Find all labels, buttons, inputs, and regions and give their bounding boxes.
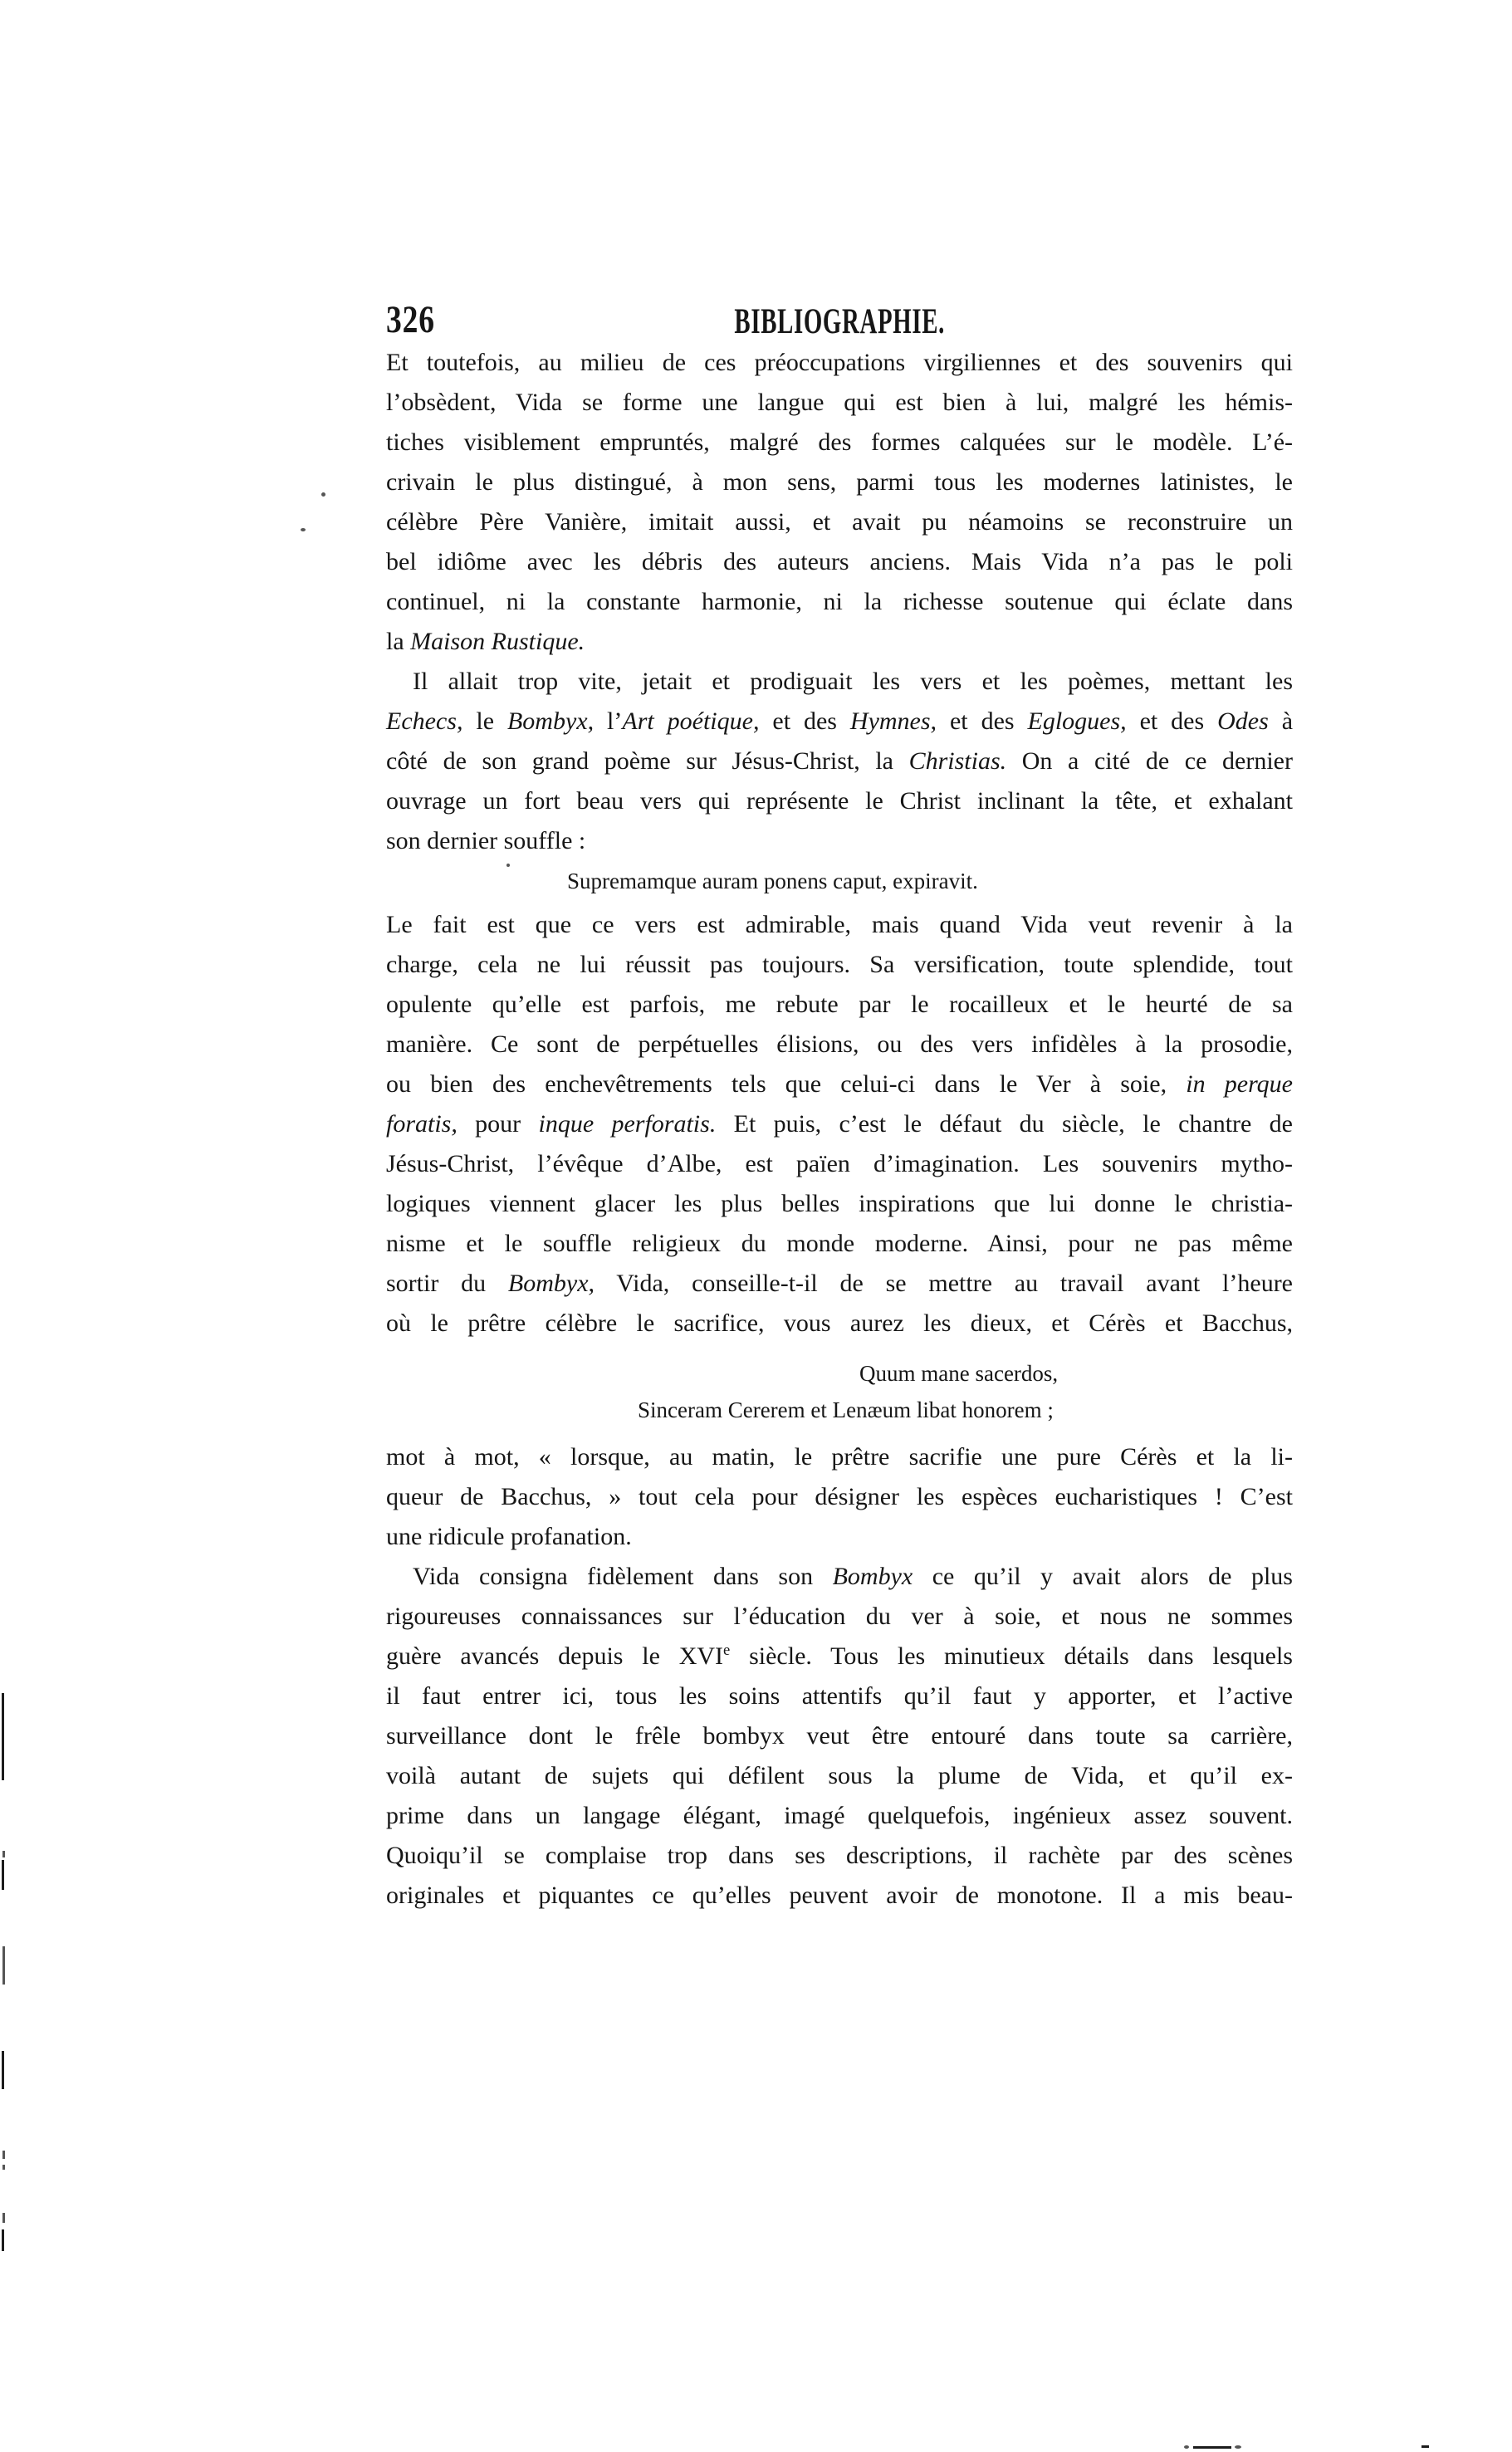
verse-quote: Quum mane sacerdos,Sinceram Cererem et L… [386, 1355, 1293, 1428]
scan-artifact-bottom-line [1193, 2446, 1231, 2449]
text-line: célèbre Père Vanière, imitait aussi, et … [386, 502, 1293, 542]
scan-artifact-edge-mark [2, 2213, 5, 2223]
text-line: où le prêtre célèbre le sacrifice, vous … [386, 1304, 1293, 1343]
text-line: Vida consigna fidèlement dans son Bombyx… [386, 1557, 1293, 1597]
scan-artifact-edge-mark [2, 2151, 5, 2159]
text-line: l’obsèdent, Vida se forme une langue qui… [386, 383, 1293, 423]
verse-line: Sinceram Cererem et Lenæum libat honorem… [638, 1392, 1293, 1428]
text-line: Le fait est que ce vers est admirable, m… [386, 905, 1293, 945]
text-line: manière. Ce sont de perpétuelles élision… [386, 1025, 1293, 1064]
scan-artifact-edge-mark [2, 2165, 5, 2170]
text-line: guère avancés depuis le XVIe siècle. Tou… [386, 1637, 1293, 1676]
scan-artifact-edge-mark [2, 1860, 4, 1890]
scan-artifact-edge-mark [2, 1851, 5, 1857]
text-line: sortir du Bombyx, Vida, conseille-t-il d… [386, 1264, 1293, 1304]
text-line: bel idiôme avec les débris des auteurs a… [386, 542, 1293, 582]
text-line: Jésus-Christ, l’évêque d’Albe, est païen… [386, 1144, 1293, 1184]
verse-line: Quum mane sacerdos, [859, 1355, 1293, 1392]
text-line: originales et piquantes ce qu’elles peuv… [386, 1876, 1293, 1916]
scan-artifact-edge-mark [2, 2051, 4, 2089]
text-line: voilà autant de sujets qui défilent sous… [386, 1756, 1293, 1796]
scan-artifact-speck [506, 864, 510, 867]
text-line: foratis, pour inque perforatis. Et puis,… [386, 1104, 1293, 1144]
paragraph: mot à mot, « lorsque, au matin, le prêtr… [386, 1437, 1293, 1557]
text-column: Et toutefois, au milieu de ces préoccupa… [386, 343, 1293, 1916]
running-head: 326 BIBLIOGRAPHIE. [386, 301, 1293, 344]
paragraph: Vida consigna fidèlement dans son Bombyx… [386, 1557, 1293, 1916]
running-title: BIBLIOGRAPHIE. [734, 304, 945, 340]
paragraph: Le fait est que ce vers est admirable, m… [386, 905, 1293, 1343]
paragraph: Et toutefois, au milieu de ces préoccupa… [386, 343, 1293, 662]
scan-artifact-speck [1235, 2445, 1241, 2449]
text-line: Echecs, le Bombyx, l’Art poétique, et de… [386, 702, 1293, 741]
text-line: la Maison Rustique. [386, 622, 1293, 662]
text-line: prime dans un langage élégant, imagé que… [386, 1796, 1293, 1836]
text-line: ou bien des enchevêtrements tels que cel… [386, 1064, 1293, 1104]
text-line: tiches visiblement empruntés, malgré des… [386, 423, 1293, 463]
text-line: son dernier souffle : [386, 821, 1293, 861]
text-line: rigoureuses connaissances sur l’éducatio… [386, 1597, 1293, 1637]
text-line: charge, cela ne lui réussit pas toujours… [386, 945, 1293, 985]
scan-artifact-speck [301, 528, 306, 531]
text-line: Quoiqu’il se complaise trop dans ses des… [386, 1836, 1293, 1876]
text-line: mot à mot, « lorsque, au matin, le prêtr… [386, 1437, 1293, 1477]
text-line: continuel, ni la constante harmonie, ni … [386, 582, 1293, 622]
verse-line: Supremamque auram ponens caput, expiravi… [567, 861, 1293, 901]
text-line: nisme et le souffle religieux du monde m… [386, 1224, 1293, 1264]
text-line: opulente qu’elle est parfois, me rebute … [386, 985, 1293, 1025]
scan-artifact-dash [1421, 2445, 1429, 2448]
text-line: queur de Bacchus, » tout cela pour désig… [386, 1477, 1293, 1517]
verse-quote: Supremamque auram ponens caput, expiravi… [386, 861, 1293, 901]
text-line: Il allait trop vite, jetait et prodiguai… [386, 662, 1293, 702]
text-line: crivain le plus distingué, à mon sens, p… [386, 463, 1293, 502]
scan-artifact-speck [321, 492, 325, 497]
text-line: ouvrage un fort beau vers qui représente… [386, 781, 1293, 821]
scan-artifact-edge-mark [2, 2229, 4, 2251]
text-line: logiques viennent glacer les plus belles… [386, 1184, 1293, 1224]
book-page-scan: 326 BIBLIOGRAPHIE. Et toutefois, au mili… [0, 0, 1512, 2452]
text-line: il faut entrer ici, tous les soins atten… [386, 1676, 1293, 1716]
paragraph: Il allait trop vite, jetait et prodiguai… [386, 662, 1293, 861]
running-title-wrap: BIBLIOGRAPHIE. [386, 304, 1293, 340]
scan-artifact-speck [1184, 2445, 1189, 2449]
text-line: surveillance dont le frêle bombyx veut ê… [386, 1716, 1293, 1756]
scan-artifact-edge-mark [2, 1946, 5, 1985]
text-line: Et toutefois, au milieu de ces préoccupa… [386, 343, 1293, 383]
text-line: une ridicule profanation. [386, 1517, 1293, 1557]
scan-artifact-edge-mark [2, 1693, 4, 1780]
text-line: côté de son grand poème sur Jésus-Christ… [386, 741, 1293, 781]
